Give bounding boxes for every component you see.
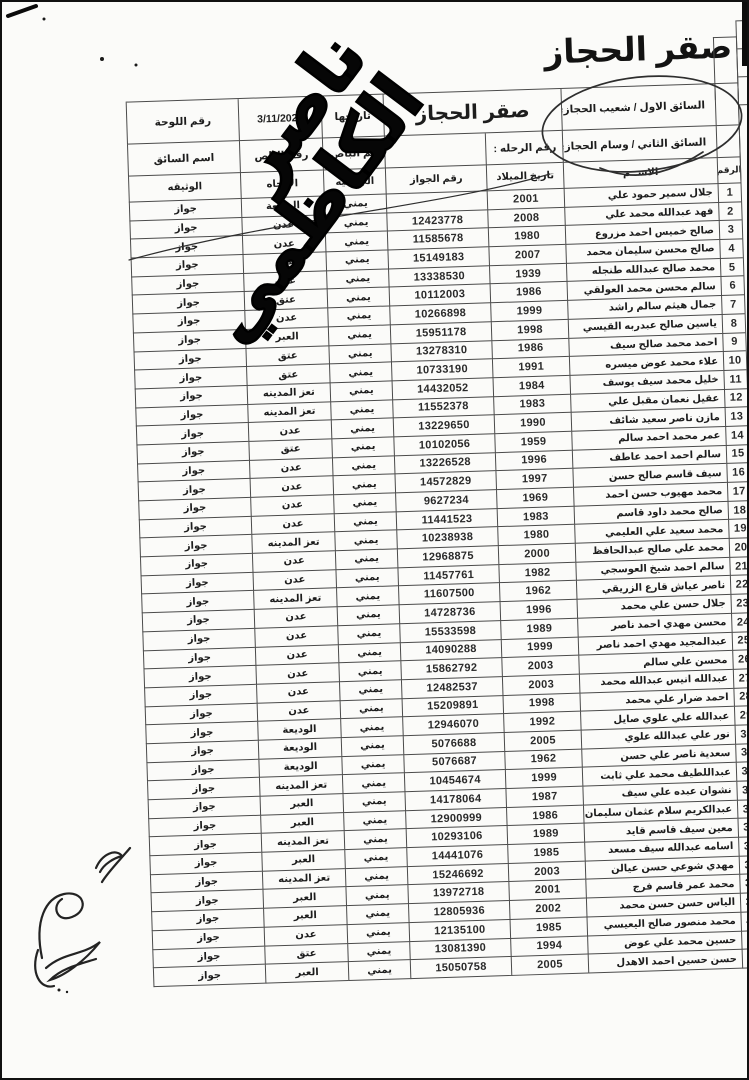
col-header-no: الرقم (717, 157, 741, 184)
cell-dob: 1985 (510, 917, 588, 938)
cell-nationality: يمني (337, 624, 400, 645)
cell-dob: 1986 (506, 805, 584, 826)
cell-no: 10 (723, 351, 747, 370)
trip-number-label: رقم الرحله : (485, 131, 563, 165)
cell-passport: 15050758 (410, 957, 512, 979)
cell-no: 40 (740, 912, 749, 931)
cell-dob: 1962 (504, 749, 582, 770)
driver-name-label: اسم السائق (127, 141, 240, 177)
cell-nationality: يمني (347, 942, 410, 963)
cell-nationality: يمني (329, 363, 392, 384)
cell-no: 39 (740, 893, 749, 912)
cell-dob: 2003 (502, 675, 580, 696)
cell-nationality: يمني (330, 400, 393, 421)
cell-dob: 1962 (499, 581, 577, 602)
cell-dob: 1999 (501, 637, 579, 658)
cell-nationality: يمني (337, 605, 400, 626)
cell-dob: 1985 (507, 843, 585, 864)
cell-no: 29 (734, 706, 749, 725)
cell-dob: 1994 (510, 936, 588, 957)
cell-nationality: يمني (327, 288, 390, 309)
bus-number-label: رقم الباص : (322, 137, 385, 171)
cell-dob: 1982 (498, 562, 576, 583)
cell-dob: 1999 (490, 301, 568, 322)
cell-no: 21 (729, 557, 749, 576)
cell-dob: 1980 (497, 525, 575, 546)
cell-no: 13 (725, 407, 749, 426)
cell-dob: 2001 (487, 189, 565, 210)
cell-no: 32 (736, 762, 749, 781)
plate-label: رقم اللوحة (126, 99, 239, 144)
cell-no: 9 (722, 333, 746, 352)
cut-cell-top (713, 36, 739, 100)
cell-dob: 1989 (500, 619, 578, 640)
cell-nationality: يمني (339, 680, 402, 701)
cell-dob: 1983 (493, 394, 571, 415)
cell-no: 7 (721, 295, 745, 314)
cell-nationality: يمني (325, 232, 388, 253)
document-sheet: صقر الحجاز السائق الاول / شعيب الحجازي ص… (123, 8, 749, 987)
date-value: 3/11/2025 (238, 96, 322, 141)
cell-no: 33 (736, 781, 749, 800)
cell-nationality: يمني (334, 512, 397, 533)
cell-nationality: يمني (330, 381, 393, 402)
cell-nationality: يمني (328, 344, 391, 365)
cell-nationality: يمني (343, 811, 406, 832)
cell-no: 26 (732, 650, 749, 669)
cell-dob: 1996 (500, 600, 578, 621)
driver-2: السائق الثاني / وسام الحجازي (562, 126, 717, 163)
cell-nationality: يمني (336, 587, 399, 608)
cell-dob: 1997 (495, 469, 573, 490)
cell-nationality: يمني (340, 717, 403, 738)
bus-number-label-2: رقم الباص (239, 138, 323, 173)
cell-no: 3 (719, 221, 743, 240)
cell-dob: 1986 (490, 282, 568, 303)
cell-nationality: يمني (338, 643, 401, 664)
cell-no: 42 (742, 949, 749, 968)
scanned-manifest-page: صقر الحجاز السائق الاول / شعيب الحجازي ص… (0, 0, 749, 1080)
cell-nationality: يمني (345, 867, 408, 888)
cell-no: 28 (733, 688, 749, 707)
cell-no: 2 (718, 202, 742, 221)
cell-dob: 1998 (491, 320, 569, 341)
cell-no: 14 (725, 426, 749, 445)
cell-nationality: يمني (331, 419, 394, 440)
scan-specks (43, 18, 138, 994)
cell-no: 37 (739, 856, 749, 875)
cell-dob: 1989 (507, 824, 585, 845)
cell-dob: 2005 (511, 955, 589, 976)
cell-no: 38 (739, 874, 749, 893)
cell-no: 25 (732, 632, 749, 651)
cell-dob: 1992 (503, 712, 581, 733)
corner-ink-mark (8, 6, 36, 16)
col-header-direction: الاتجاه (240, 170, 324, 199)
cell-dob: 2007 (488, 245, 566, 266)
cell-empty (384, 133, 486, 168)
cell-nationality: يمني (331, 437, 394, 458)
cell-no: 8 (722, 314, 746, 333)
cell-document: جواز (153, 965, 266, 987)
cell-nationality: يمني (341, 736, 404, 757)
cell-dob: 2003 (501, 656, 579, 677)
cell-nationality: يمني (333, 475, 396, 496)
cell-nationality: يمني (335, 568, 398, 589)
cell-dob: 2003 (508, 861, 586, 882)
cell-dob: 1998 (502, 693, 580, 714)
date-label: تاريخها (321, 95, 384, 139)
cell-nationality: يمني (338, 661, 401, 682)
cell-no: 23 (730, 594, 749, 613)
cell-dob: 1984 (493, 376, 571, 397)
cell-no: 15 (726, 445, 749, 464)
cell-nationality: يمني (342, 774, 405, 795)
col-header-dob: تاريخ الميلاد (486, 163, 564, 191)
col-header-nationality: الجنسيه (323, 169, 386, 197)
cell-nationality: يمني (343, 792, 406, 813)
driver-1: السائق الاول / شعيب الحجازي (560, 84, 715, 131)
cell-no: 34 (737, 800, 749, 819)
cell-dob: 1983 (497, 506, 575, 527)
cell-no: 41 (741, 930, 749, 949)
cell-dob: 1996 (495, 450, 573, 471)
cell-no: 6 (720, 277, 744, 296)
cell-nationality: يمني (344, 848, 407, 869)
cell-dob: 1986 (491, 338, 569, 359)
cell-nationality: يمني (344, 830, 407, 851)
cell-no: 11 (723, 370, 747, 389)
cell-nationality: يمني (328, 325, 391, 346)
cell-no: 19 (728, 520, 749, 539)
cell-nationality: يمني (333, 493, 396, 514)
cell-name: حسن حسين احمد الاهدل (588, 950, 743, 974)
cell-no: 18 (728, 501, 749, 520)
cell-no: 31 (735, 744, 749, 763)
cell-nationality: يمني (340, 699, 403, 720)
cell-no: 30 (735, 725, 749, 744)
cell-nationality: يمني (341, 755, 404, 776)
cell-dob: 2005 (504, 731, 582, 752)
cell-dob: 2001 (508, 880, 586, 901)
cell-dob: 1959 (494, 432, 572, 453)
cell-no: 5 (720, 258, 744, 277)
cell-no: 36 (738, 837, 749, 856)
cell-no: 1 (718, 183, 742, 202)
cell-dob: 1969 (496, 488, 574, 509)
cell-no: 12 (724, 389, 748, 408)
cell-no: 24 (731, 613, 749, 632)
cell-nationality: يمني (346, 904, 409, 925)
cell-nationality: يمني (326, 269, 389, 290)
cell-nationality: يمني (347, 923, 410, 944)
scan-edge-bar (742, 2, 747, 66)
cell-dob: 1999 (505, 768, 583, 789)
cell-nationality: يمني (345, 886, 408, 907)
cell-dob: 1991 (492, 357, 570, 378)
cell-nationality: يمني (325, 251, 388, 272)
cell-no: 27 (733, 669, 749, 688)
cell-nationality: يمني (324, 194, 387, 215)
cell-dob: 2000 (498, 544, 576, 565)
cell-no: 4 (719, 239, 743, 258)
cell-no: 22 (730, 576, 749, 595)
cell-no: 17 (727, 482, 749, 501)
cell-dob: 2008 (487, 208, 565, 229)
cell-nationality: يمني (334, 531, 397, 552)
manifest-table: السائق الاول / شعيب الحجازي صقر الحجاز ت… (126, 82, 749, 987)
cell-dob: 1987 (505, 787, 583, 808)
cell-dob: 1980 (488, 226, 566, 247)
signature-mark (35, 848, 130, 987)
cell-dob: 2002 (509, 899, 587, 920)
col-header-document: الوثيقه (128, 173, 241, 203)
cell-nationality: يمني (348, 960, 411, 981)
cell-dob: 1990 (494, 413, 572, 434)
cell-no: 16 (726, 464, 749, 483)
cell-dob: 1939 (489, 264, 567, 285)
cell-no: 35 (737, 818, 749, 837)
cell-nationality: يمني (332, 456, 395, 477)
cell-empty (716, 125, 740, 158)
cell-no: 20 (729, 538, 749, 557)
col-header-passport: رقم الجواز (385, 165, 487, 194)
cell-nationality: يمني (335, 549, 398, 570)
cell-direction: العبر (265, 962, 349, 983)
table-title: صقر الحجاز (383, 89, 562, 137)
cell-nationality: يمني (327, 307, 390, 328)
cell-nationality: يمني (324, 213, 387, 234)
